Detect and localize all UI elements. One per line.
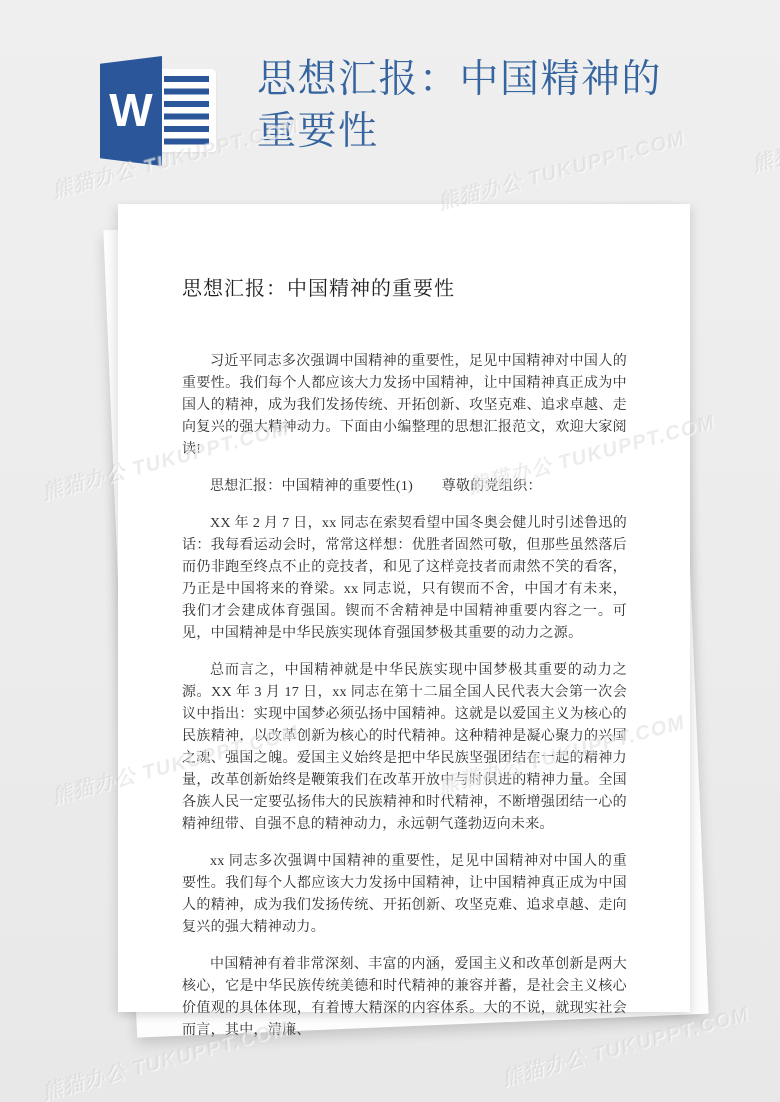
- document-paragraph: XX 年 2 月 7 日，xx 同志在索契看望中国冬奥会健儿时引述鲁迅的话：我每…: [182, 513, 627, 645]
- document-paragraph: 总而言之，中国精神就是中华民族实现中国梦极其重要的动力之源。XX 年 3 月 1…: [182, 660, 627, 836]
- page-background: W 思想汇报：中国精神的重要性 思想汇报：中国精神的重要性 习近平同志多次强调中…: [0, 0, 780, 1102]
- document-paragraph: xx 同志多次强调中国精神的重要性，足见中国精神对中国人的重要性。我们每个人都应…: [182, 851, 627, 939]
- watermark: 熊猫办公 TUKUPPT.COM: [749, 84, 780, 178]
- document-preview-page[interactable]: 思想汇报：中国精神的重要性 习近平同志多次强调中国精神的重要性，足见中国精神对中…: [118, 204, 690, 1012]
- word-icon-letter: W: [109, 83, 152, 137]
- page-title: 思想汇报：中国精神的重要性: [257, 54, 681, 158]
- document-paragraph: 习近平同志多次强调中国精神的重要性，足见中国精神对中国人的重要性。我们每个人都应…: [182, 351, 627, 461]
- document-paragraph: 思想汇报：中国精神的重要性(1) 尊敬的党组织：: [182, 476, 627, 498]
- word-icon-flap: W: [100, 56, 162, 166]
- document-title: 思想汇报：中国精神的重要性: [182, 272, 627, 301]
- word-icon-text-lines: [164, 76, 209, 145]
- word-file-icon: W: [100, 56, 216, 166]
- document-paragraph: 中国精神有着非常深刻、丰富的内涵，爱国主义和改革创新是两大核心，它是中华民族传统…: [182, 954, 627, 1042]
